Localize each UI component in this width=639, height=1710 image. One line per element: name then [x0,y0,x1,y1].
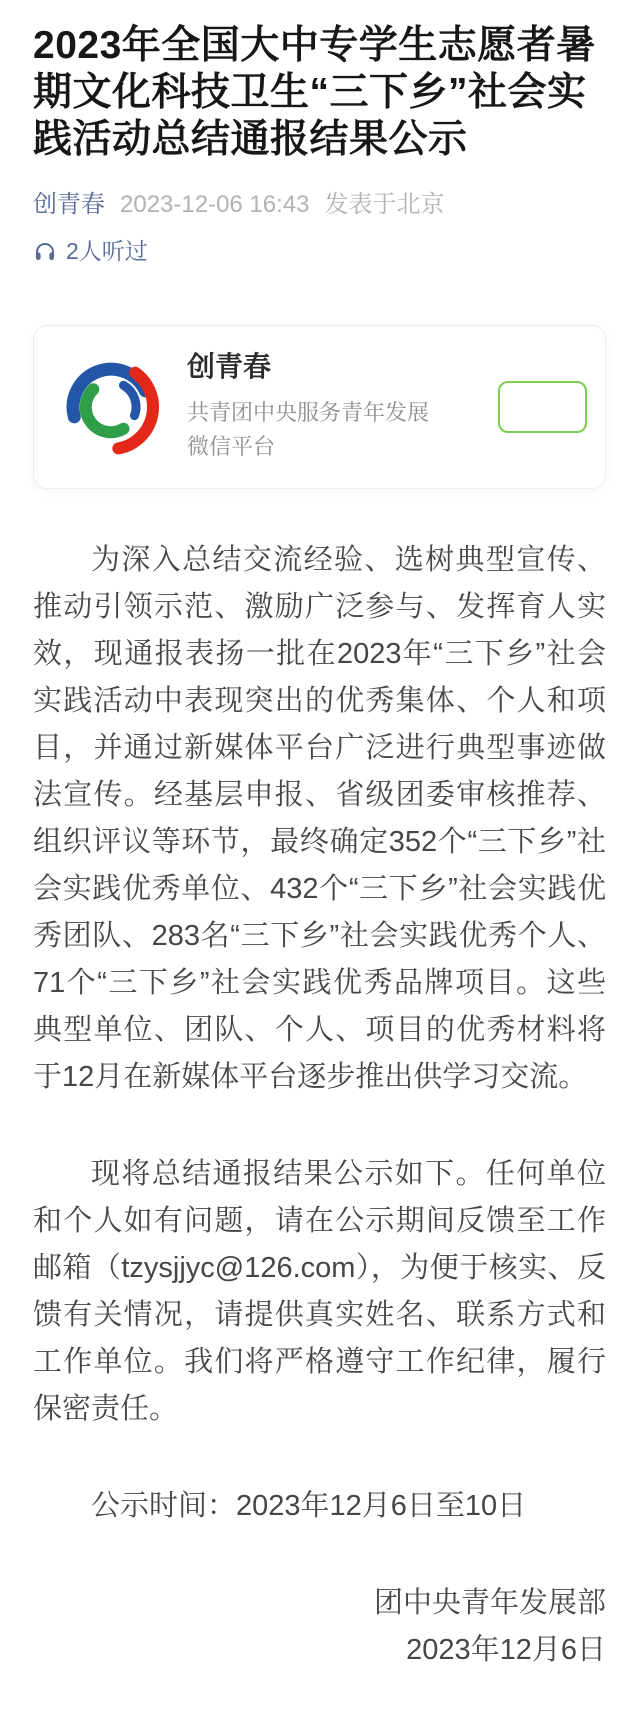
paragraph-summary: 为深入总结交流经验、选树典型宣传、推动引领示范、激励广泛参与、发挥育人实效，现通… [33,537,606,1101]
headphones-icon [33,239,66,263]
signature-org: 团中央青年发展部 [33,1580,606,1627]
article-meta-row: 创青春 2023-12-06 16:43 发表于北京 [33,190,606,220]
listen-count-label: 2人听过 [66,236,148,266]
listen-count-button[interactable]: 2人听过 [33,236,148,266]
account-card-description: 共青团中央服务青年发展微信平台 [187,396,443,464]
publish-location: 发表于北京 [325,190,445,220]
signature-block: 团中央青年发展部 2023年12月6日 [33,1580,606,1674]
follow-button[interactable] [498,381,587,433]
publish-timestamp: 2023-12-06 16:43 [120,190,310,220]
account-profile-card[interactable]: 创青春 共青团中央服务青年发展微信平台 [33,325,606,489]
account-name-link[interactable]: 创青春 [33,190,105,220]
account-card-info: 创青春 共青团中央服务青年发展微信平台 [187,350,498,464]
article-title: 2023年全国大中专学生志愿者暑期文化科技卫生“三下乡”社会实践活动总结通报结果… [33,22,606,163]
article-page: 2023年全国大中专学生志愿者暑期文化科技卫生“三下乡”社会实践活动总结通报结果… [0,0,639,1710]
article-body: 为深入总结交流经验、选树典型宣传、推动引领示范、激励广泛参与、发挥育人实效，现通… [33,537,606,1674]
account-logo [61,357,161,457]
account-card-name: 创青春 [187,350,498,384]
paragraph-feedback: 现将总结通报结果公示如下。任何单位和个人如有问题，请在公示期间反馈至工作邮箱（t… [33,1151,606,1433]
signature-date: 2023年12月6日 [33,1627,606,1674]
notice-time-line: 公示时间：2023年12月6日至10日 [33,1483,606,1530]
